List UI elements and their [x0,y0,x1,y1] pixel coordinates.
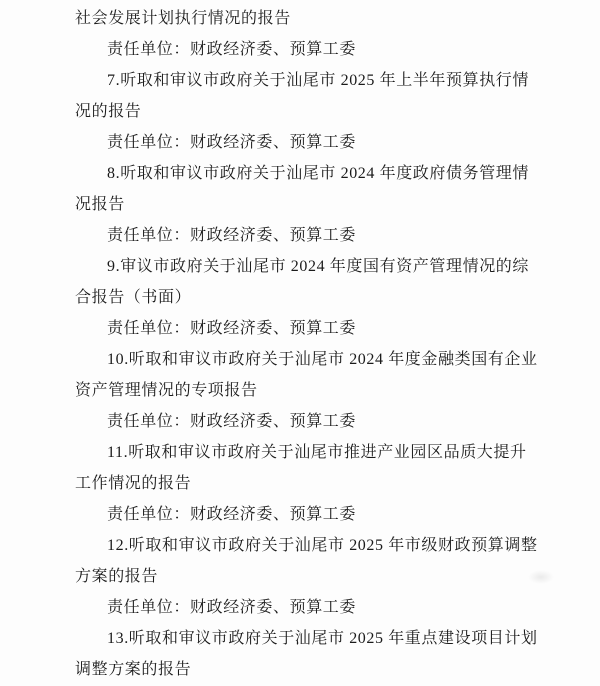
doc-line-continuation: 况报告 [75,189,600,220]
doc-line-responsible-unit: 责任单位：财政经济委、预算工委 [75,406,600,437]
doc-line-continuation: 社会发展计划执行情况的报告 [75,3,600,34]
doc-line-responsible-unit: 责任单位：财政经济委、预算工委 [75,313,600,344]
doc-line-responsible-unit: 责任单位：财政经济委、预算工委 [75,220,600,251]
doc-line-item-11: 11.听取和审议市政府关于汕尾市推进产业园区品质大提升 [75,437,600,468]
doc-line-continuation: 调整方案的报告 [75,654,600,685]
doc-line-item-8: 8.听取和审议市政府关于汕尾市 2024 年度政府债务管理情 [75,158,600,189]
doc-line-responsible-unit: 责任单位：财政经济委、预算工委 [75,127,600,158]
doc-line-responsible-unit: 责任单位：财政经济委、预算工委 [75,592,600,623]
doc-line-continuation: 合报告（书面） [75,282,600,313]
doc-line-continuation: 工作情况的报告 [75,468,600,499]
doc-line-responsible-unit: 责任单位：财政经济委、预算工委 [75,34,600,65]
doc-line-item-10: 10.听取和审议市政府关于汕尾市 2024 年度金融类国有企业 [75,344,600,375]
doc-line-item-12: 12.听取和审议市政府关于汕尾市 2025 年市级财政预算调整 [75,530,600,561]
doc-line-item-9: 9.审议市政府关于汕尾市 2024 年度国有资产管理情况的综 [75,251,600,282]
doc-line-item-13: 13.听取和审议市政府关于汕尾市 2025 年重点建设项目计划 [75,623,600,654]
doc-line-continuation: 资产管理情况的专项报告 [75,375,600,406]
doc-line-item-7: 7.听取和审议市政府关于汕尾市 2025 年上半年预算执行情 [75,65,600,96]
doc-line-continuation: 况的报告 [75,96,600,127]
doc-line-responsible-unit: 责任单位：财政经济委、预算工委 [75,499,600,530]
doc-line-continuation: 方案的报告 [75,561,600,592]
document-page: 社会发展计划执行情况的报告 责任单位：财政经济委、预算工委 7.听取和审议市政府… [0,0,600,686]
